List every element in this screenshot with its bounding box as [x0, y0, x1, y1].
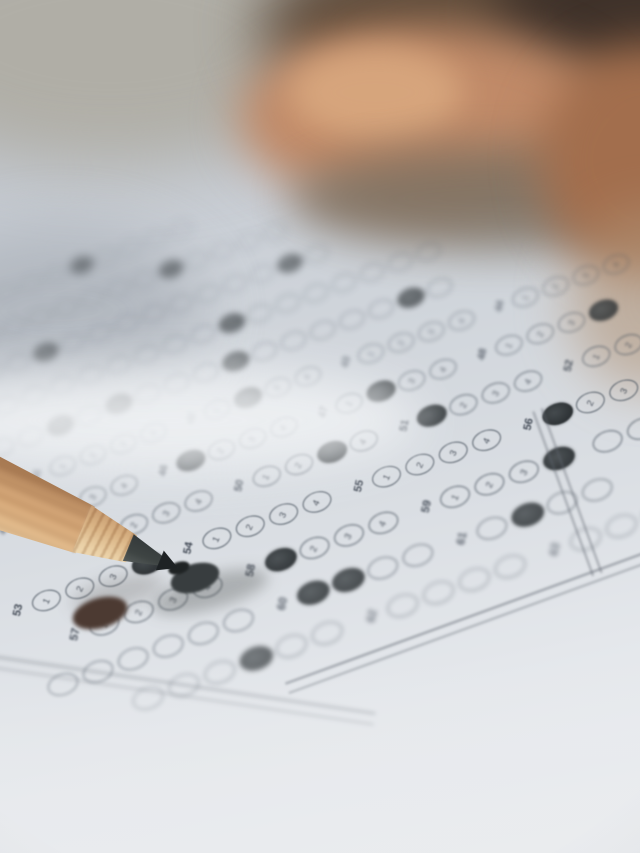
- bubble-option-digit: 3: [488, 388, 504, 399]
- answer-bubble: [0, 324, 1, 347]
- answer-bubble: 3: [436, 437, 471, 466]
- answer-bubble: 2: [612, 330, 640, 358]
- bubble-option-digit: 1: [258, 471, 274, 482]
- group-gap: [580, 450, 595, 455]
- answer-bubble: [220, 605, 257, 636]
- answer-bubble: 2: [573, 387, 608, 416]
- answer-bubble: [4, 350, 32, 374]
- bubble-option-digit: 1: [364, 349, 379, 359]
- answer-bubble: 3: [570, 262, 602, 288]
- answer-bubble: [386, 250, 415, 275]
- answer-bubble: [112, 311, 140, 335]
- question-number: 50: [233, 479, 246, 493]
- bubble-option-digit: 4: [479, 435, 496, 447]
- answer-bubble: [590, 426, 626, 456]
- answer-bubble: [414, 239, 443, 264]
- bubble-option-digit: 4: [308, 497, 325, 509]
- finger-highlight: [288, 45, 463, 140]
- filled-answer-bubble: [395, 284, 427, 311]
- bubble-option-digit: 3: [616, 385, 633, 397]
- answer-bubble: [249, 338, 280, 363]
- bubble-option-digit: 3: [424, 327, 439, 337]
- filled-answer-bubble: [508, 499, 547, 531]
- bubble-option-digit: 4: [374, 518, 391, 530]
- group-gap: [439, 546, 454, 552]
- bubble-option-digit: 2: [582, 397, 599, 409]
- answer-bubble: [132, 342, 161, 367]
- answer-bubble: 2: [540, 273, 572, 299]
- group-gap: [143, 477, 157, 482]
- answer-bubble: 2: [296, 533, 332, 563]
- filled-answer-bubble: [216, 310, 247, 336]
- answer-bubble: [337, 306, 368, 331]
- answer-bubble: [307, 317, 338, 342]
- bubble-option-digit: 2: [533, 329, 549, 340]
- answer-bubble: [183, 248, 210, 271]
- bubble-option-digit: 1: [379, 471, 396, 483]
- answer-bubble: [329, 270, 358, 295]
- answer-bubble: [399, 540, 436, 571]
- answer-bubble: [366, 296, 397, 321]
- answer-bubble: [578, 474, 615, 505]
- photo-answer-sheet-scene: 4112344213443123444123445123446234471344…: [0, 0, 640, 853]
- answer-bubble: 1: [579, 342, 613, 370]
- bubble-option-digit: 3: [516, 466, 533, 478]
- answer-bubble: 3: [506, 456, 542, 486]
- question-number: 53: [11, 603, 25, 617]
- answer-bubble: 3: [266, 499, 301, 528]
- answer-bubble: [26, 305, 53, 328]
- bubble-option-digit: 2: [412, 459, 429, 471]
- bubble-option-digit: 2: [621, 339, 637, 350]
- group-gap: [404, 514, 419, 519]
- answer-bubble: [491, 551, 528, 582]
- answer-bubble: 4: [446, 307, 478, 333]
- group-gap: [463, 361, 477, 366]
- question-number: 52: [563, 359, 576, 373]
- answer-bubble: [160, 332, 189, 357]
- answer-bubble: 3: [330, 520, 366, 550]
- answer-bubble: 4: [511, 366, 545, 394]
- answer-bubble: 1: [493, 331, 526, 358]
- answer-bubble: 3: [555, 308, 588, 335]
- answer-bubble: [201, 656, 238, 687]
- answer-bubble: [79, 286, 106, 309]
- answer-bubble: [85, 321, 113, 345]
- answer-bubble: 2: [386, 329, 418, 355]
- filled-answer-bubble: [414, 401, 450, 431]
- bubble-option-digit: 2: [456, 399, 472, 410]
- bubble-option-digit: 1: [518, 292, 533, 302]
- bubble-option-digit: 1: [38, 595, 55, 607]
- answer-bubble: [150, 630, 187, 661]
- group-gap: [508, 431, 522, 436]
- answer-bubble: 1: [437, 481, 473, 511]
- question-number: 56: [522, 417, 536, 431]
- filled-answer-bubble: [157, 257, 186, 281]
- answer-bubble: 1: [29, 585, 64, 614]
- answer-bubble: [273, 291, 302, 316]
- bubble-option-digit: 3: [340, 530, 357, 542]
- answer-bubble: [105, 277, 132, 300]
- answer-bubble: [278, 328, 309, 353]
- filled-answer-bubble: [294, 577, 333, 609]
- bubble-option-digit: 2: [548, 281, 563, 291]
- answer-bubble: [52, 296, 79, 319]
- group-gap: [532, 557, 547, 563]
- bubble-option-digit: 3: [404, 375, 420, 386]
- answer-bubble: 2: [472, 469, 508, 499]
- answer-bubble: [245, 301, 274, 326]
- answer-bubble: 1: [355, 340, 387, 366]
- answer-bubble: 3: [606, 375, 640, 404]
- answer-bubble: [455, 564, 492, 595]
- answer-bubble: [301, 280, 330, 305]
- answer-bubble: [302, 242, 330, 266]
- bubble-option-digit: 2: [481, 479, 498, 491]
- answer-bubble: [419, 577, 456, 608]
- answer-bubble: [602, 510, 639, 541]
- bubble-option-digit: 1: [208, 533, 225, 545]
- question-number: 60: [276, 596, 291, 611]
- question-number: 62: [365, 608, 380, 623]
- answer-bubble: 3: [479, 378, 513, 406]
- answer-bubble: 3: [396, 366, 429, 393]
- group-gap: [349, 624, 364, 630]
- answer-bubble: 4: [469, 425, 504, 454]
- answer-bubble: [185, 618, 222, 649]
- answer-bubble: 2: [232, 511, 267, 540]
- question-number: 48: [476, 347, 489, 361]
- answer-bubble: [248, 262, 276, 286]
- answer-bubble: [221, 272, 249, 296]
- answer-bubble: 3: [416, 318, 448, 344]
- bubble-option-digit: 4: [454, 316, 469, 326]
- bubble-option-digit: 1: [588, 351, 604, 362]
- filled-answer-bubble: [31, 340, 61, 365]
- answer-bubble: [209, 239, 236, 262]
- answer-bubble: 2: [524, 320, 557, 347]
- answer-bubble: [0, 282, 19, 304]
- question-number: 55: [352, 479, 366, 493]
- filled-answer-bubble: [237, 642, 277, 675]
- filled-answer-bubble: [261, 544, 299, 576]
- answer-bubble: [308, 617, 345, 648]
- bubble-option-digit: 3: [564, 317, 580, 328]
- group-gap: [337, 493, 351, 498]
- group-gap: [326, 368, 339, 373]
- answer-bubble: [624, 413, 640, 443]
- answer-bubble: [0, 315, 27, 338]
- answer-bubble: 4: [600, 251, 632, 277]
- answer-bubble: [115, 643, 152, 674]
- group-gap: [548, 372, 562, 377]
- answer-bubble: [384, 590, 421, 621]
- bubble-option-digit: 4: [520, 376, 536, 387]
- answer-bubble: [194, 281, 222, 305]
- bubble-option-digit: 3: [445, 447, 462, 459]
- answer-bubble: 1: [199, 523, 234, 552]
- answer-bubble: [261, 220, 288, 243]
- filled-answer-bubble: [586, 296, 621, 325]
- bubble-option-digit: 3: [275, 509, 292, 521]
- bubble-option-digit: 1: [447, 491, 464, 503]
- bubble-option-digit: 1: [501, 340, 517, 351]
- group-gap: [218, 492, 232, 497]
- answer-bubble: [188, 321, 217, 346]
- answer-bubble: [139, 301, 167, 325]
- answer-bubble: [364, 552, 401, 583]
- bubble-option-digit: 2: [306, 543, 323, 555]
- question-number: 59: [419, 499, 433, 514]
- question-number: 44: [494, 299, 507, 312]
- answer-bubble: 4: [365, 507, 401, 537]
- bubble-option-digit: 2: [242, 521, 259, 533]
- answer-bubble: [235, 229, 262, 252]
- answer-bubble: [424, 275, 455, 300]
- answer-bubble: [58, 331, 86, 355]
- bubble-option-digit: 4: [436, 364, 452, 375]
- bubble-option-digit: 4: [609, 259, 624, 269]
- answer-bubble: [167, 291, 195, 315]
- filled-answer-bubble: [329, 564, 368, 596]
- answer-bubble: [357, 260, 386, 285]
- question-number: 61: [455, 531, 470, 546]
- answer-bubble: [272, 630, 309, 661]
- answer-bubble: 4: [299, 487, 334, 516]
- answer-bubble: 2: [447, 390, 481, 418]
- question-number: 43: [340, 356, 353, 369]
- question-number: 63: [548, 542, 563, 557]
- answer-bubble: 2: [403, 449, 438, 478]
- answer-bubble: 4: [427, 355, 460, 382]
- bubble-option-digit: 2: [394, 338, 409, 348]
- answer-bubble: 1: [510, 284, 542, 310]
- bubble-option-digit: 3: [579, 270, 594, 280]
- answer-bubble: [131, 267, 158, 290]
- group-gap: [260, 611, 275, 617]
- answer-bubble: [473, 513, 510, 544]
- question-number: 57: [68, 627, 82, 642]
- answer-bubble: 1: [369, 462, 404, 491]
- filled-answer-bubble: [275, 251, 305, 276]
- group-gap: [481, 312, 494, 317]
- bubble-option-digit: 4: [190, 496, 206, 507]
